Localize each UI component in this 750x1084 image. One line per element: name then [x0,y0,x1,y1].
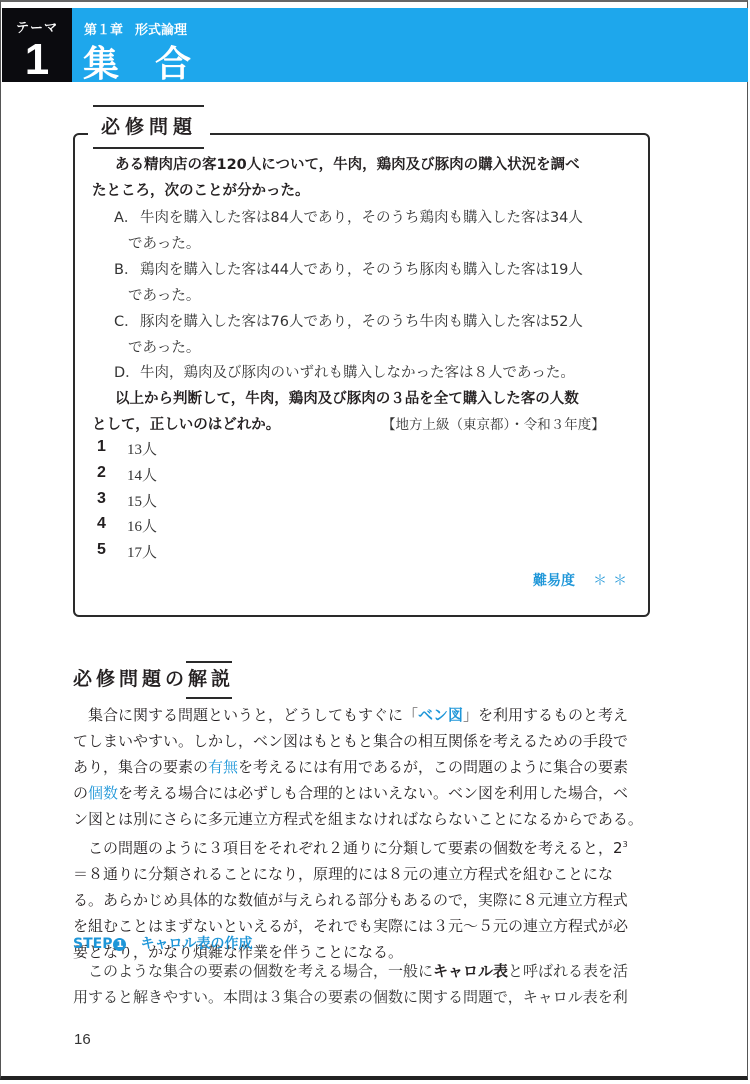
choice-number: 2 [97,464,106,482]
step-heading: STEP1キャロル表の作成 [73,933,252,953]
text-span: と呼ばれる表を活 [508,962,628,980]
text-line: ン図とは別にさらに多元連立方程式を組まなければならないことになるからである。 [73,806,653,832]
explanation-paragraph-1: 集合に関する問題というと，どうしてもすぐに「ベン図」を利用するものと考え てしま… [73,702,653,832]
condition-label: B． [114,258,138,279]
text-span: を考える場合には必ずしも合理的とはいえない。ベン図を利用した場合，ベ [118,784,628,802]
text-span: を考えるには有用であるが，この問題のように集合の要素 [238,758,628,776]
condition-text-cont: であった。 [128,232,200,253]
theme-label: テーマ [2,17,72,36]
choice-number: 3 [97,490,106,508]
choice-value: 14人 [127,464,157,485]
keyword-venn: ベン図 [418,706,463,724]
condition-text-cont: であった。 [128,284,200,305]
condition-text: 豚肉を購入した客は76人であり，そのうち牛肉も購入した客は52人 [140,310,583,331]
question-line1: 以上から判断して，牛肉，鶏肉及び豚肉の３品を全て購入した客の人数 [115,387,579,408]
theme-number: 1 [2,38,72,82]
choice-number: 4 [97,515,106,533]
condition-text: 鶏肉を購入した客は44人であり，そのうち豚肉も購入した客は19人 [140,258,583,279]
text-line: このような集合の要素の個数を考える場合，一般にキャロル表と呼ばれる表を活 [73,958,653,984]
step-number-circle-icon: 1 [113,938,126,951]
explanation-heading-prefix: 必修問題の [73,668,188,690]
text-line: あり，集合の要素の有無を考えるには有用であるが，この問題のように集合の要素 [73,754,653,780]
choice-number: 5 [97,541,106,559]
text-span: 集合に関する問題というと，どうしてもすぐに「 [88,706,418,724]
condition-text-cont: であった。 [128,336,200,357]
theme-badge: テーマ 1 [2,8,72,82]
choice-number: 1 [97,438,106,456]
title-char: 集 [83,44,119,85]
page-title: 集合 [83,36,191,87]
problem-intro-line1: ある精肉店の客120人について，牛肉，鶏肉及び豚肉の購入状況を調べ [115,153,580,174]
problem-heading: 必修問題 [92,105,206,149]
condition-text: 牛肉，鶏肉及び豚肉のいずれも購入しなかった客は８人であった。 [140,361,575,382]
text-line: の個数を考える場合には必ずしも合理的とはいえない。ベン図を利用した場合，ベ [73,780,653,806]
difficulty-label: 難易度 [533,573,575,589]
condition-label: A． [114,206,138,227]
difficulty-stars-icon: ＊＊ [593,573,633,589]
text-line: る。あらかじめ具体的な数値が与えられる部分もあるので，実際に８元連立方程式 [73,887,653,913]
text-line: 用すると解きやすい。本問は３集合の要素の個数に関する問題で，キャロル表を利 [73,984,653,1010]
superscript: 3 [623,840,628,849]
choice-value: 17人 [127,541,157,562]
text-line: ＝８通りに分類されることになり，原理的には８元の連立方程式を組むことにな [73,861,653,887]
text-line: この問題のように３項目をそれぞれ２通りに分類して要素の個数を考えると，23 [73,832,653,861]
text-span: の [73,784,88,802]
difficulty-rating: 難易度＊＊ [533,570,633,590]
condition-label: D． [114,361,140,382]
step-title: キャロル表の作成 [140,936,252,952]
explanation-paragraph-3: このような集合の要素の個数を考える場合，一般にキャロル表と呼ばれる表を活 用する… [73,958,653,1010]
explanation-heading-highlight: 解説 [188,668,234,690]
condition-label: C． [114,310,139,331]
problem-intro-line2: たところ，次のことが分かった。 [92,179,310,200]
text-line: てしまいやすい。しかし，ベン図はもともと集合の相互関係を考えるための手段で [73,728,653,754]
title-band: 第１章形式論理 集合 [72,8,748,82]
step-label: STEP [73,936,112,952]
text-span: このような集合の要素の個数を考える場合，一般に [88,962,433,980]
text-span: あり，集合の要素の [73,758,208,776]
text-span: 」を利用するものと考え [463,706,628,724]
text-line: 集合に関する問題というと，どうしてもすぐに「ベン図」を利用するものと考え [73,702,653,728]
choice-value: 13人 [127,438,157,459]
problem-source: 【地方上級（東京都）・令和３年度】 [382,413,605,433]
text-span: この問題のように３項目をそれぞれ２通りに分類して要素の個数を考えると，2 [88,839,623,857]
choice-value: 15人 [127,490,157,511]
choice-value: 16人 [127,515,157,536]
problem-heading-wrap: 必修問題 [88,105,210,149]
keyword-carroll: キャロル表 [433,962,508,980]
page-number: 16 [74,1031,91,1048]
question-line2: として，正しいのはどれか。 [92,413,280,434]
condition-text: 牛肉を購入した客は84人であり，そのうち鶏肉も購入した客は34人 [140,206,583,227]
keyword-kosu: 個数 [88,784,118,802]
keyword-umu: 有無 [208,758,238,776]
explanation-heading: 必修問題の解説 [73,664,234,691]
title-char: 合 [155,44,191,85]
